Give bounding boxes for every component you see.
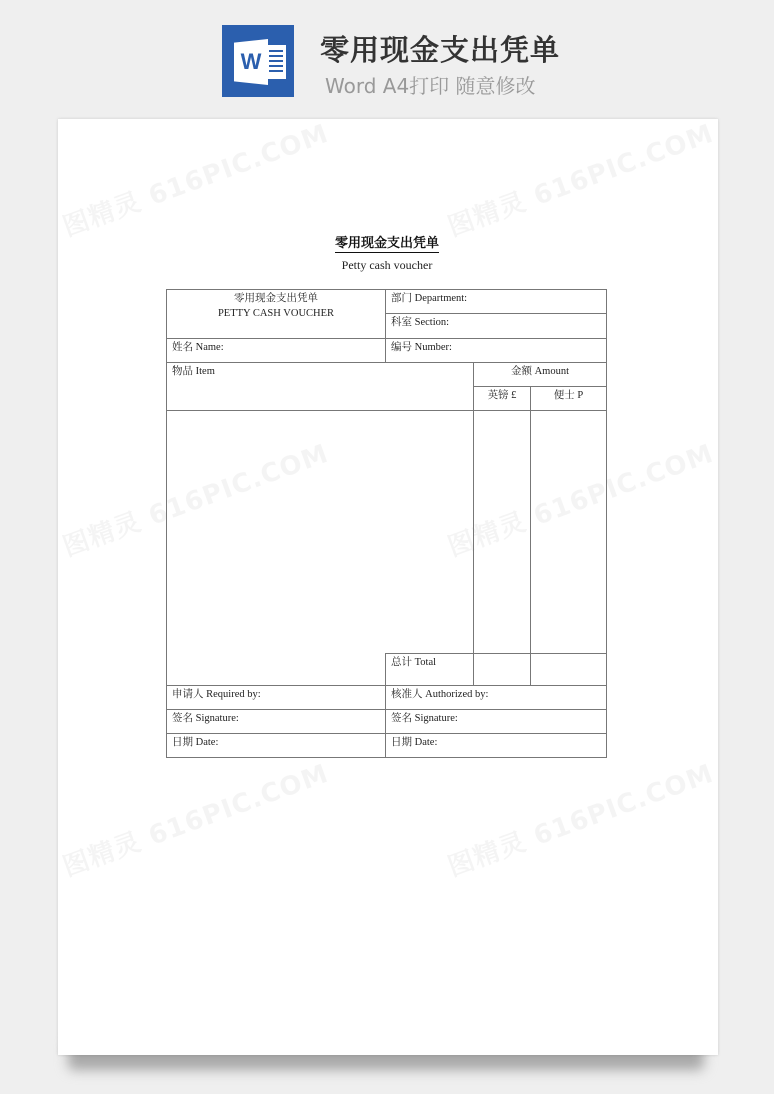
pounds-entry-area[interactable] <box>473 410 531 654</box>
pence-header: 便士 P <box>530 386 607 411</box>
document-title: 零用现金支出凭单 <box>0 232 774 251</box>
form-heading-cell: 零用现金支出凭单 PETTY CASH VOUCHER <box>166 289 386 339</box>
section-field[interactable]: 科室 Section: <box>385 313 607 339</box>
date-right-field[interactable]: 日期 Date: <box>385 733 607 758</box>
document-lines-icon <box>266 45 286 79</box>
document-subtitle: Petty cash voucher <box>0 258 774 273</box>
word-icon: W <box>222 25 294 97</box>
pence-entry-area[interactable] <box>530 410 607 654</box>
number-field[interactable]: 编号 Number: <box>385 338 607 363</box>
signature-right-field[interactable]: 签名 Signature: <box>385 709 607 734</box>
item-entry-area[interactable] <box>166 410 474 686</box>
header-title: 零用现金支出凭单 <box>320 28 560 69</box>
word-letter: W <box>236 49 266 75</box>
item-header: 物品 Item <box>166 362 474 411</box>
name-field[interactable]: 姓名 Name: <box>166 338 386 363</box>
authorized-by-field[interactable]: 核准人 Authorized by: <box>385 685 607 710</box>
required-by-field[interactable]: 申请人 Required by: <box>166 685 386 710</box>
amount-header: 金额 Amount <box>473 362 607 387</box>
signature-left-field[interactable]: 签名 Signature: <box>166 709 386 734</box>
department-field[interactable]: 部门 Department: <box>385 289 607 314</box>
header: W 零用现金支出凭单 Word A4打印 随意修改 <box>0 0 774 115</box>
form-heading-cn: 零用现金支出凭单 <box>172 292 380 306</box>
pounds-header: 英镑 £ <box>473 386 531 411</box>
total-pounds-field[interactable] <box>473 653 531 686</box>
date-left-field[interactable]: 日期 Date: <box>166 733 386 758</box>
header-subtitle: Word A4打印 随意修改 <box>325 70 536 99</box>
total-label: 总计 Total <box>385 653 474 686</box>
total-pence-field[interactable] <box>530 653 607 686</box>
form-heading-en: PETTY CASH VOUCHER <box>172 307 380 321</box>
